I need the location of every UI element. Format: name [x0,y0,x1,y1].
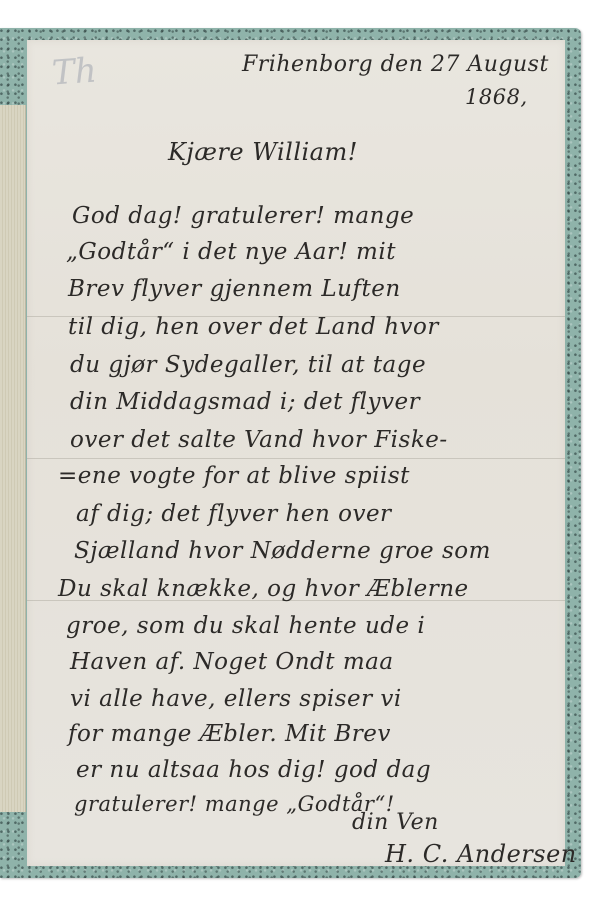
body-line: vi alle have, ellers spiser vi [70,686,402,712]
body-line: „Godtår“ i det nye Aar! mit [66,239,396,265]
body-line: Du skal knække, og hvor Æblerne [58,576,469,602]
body-line: du gjør Sydegaller, til at tage [70,352,426,378]
salutation: Kjære William! [168,138,358,166]
body-line: for mange Æbler. Mit Brev [68,721,391,747]
body-line: Haven af. Noget Ondt maa [70,649,394,675]
body-line: over det salte Vand hvor Fiske- [70,427,448,453]
body-line: af dig; det flyver hen over [76,501,392,527]
body-line: er nu altsaa hos dig! god dag [76,757,431,783]
body-line: =ene vogte for at blive spiist [58,463,410,489]
body-line: til dig, hen over det Land hvor [68,314,439,340]
place-date: Frihenborg den 27 August [242,52,549,77]
fold-line [27,458,565,459]
signature: H. C. Andersen [385,840,577,868]
year: 1868, [465,85,528,109]
body-line: groe, som du skal hente ude i [66,613,425,639]
body-line: Sjælland hvor Nødderne groe som [74,538,491,564]
cloth-spine-strip [0,105,26,812]
closing: din Ven [352,810,439,835]
body-line: God dag! gratulerer! mange [72,203,414,229]
body-line: gratulerer! mange „Godtår“! [74,792,395,816]
pencil-annotation: Th [51,50,98,93]
body-line: din Middagsmad i; det flyver [70,389,420,415]
body-line: Brev flyver gjennem Luften [68,276,401,302]
